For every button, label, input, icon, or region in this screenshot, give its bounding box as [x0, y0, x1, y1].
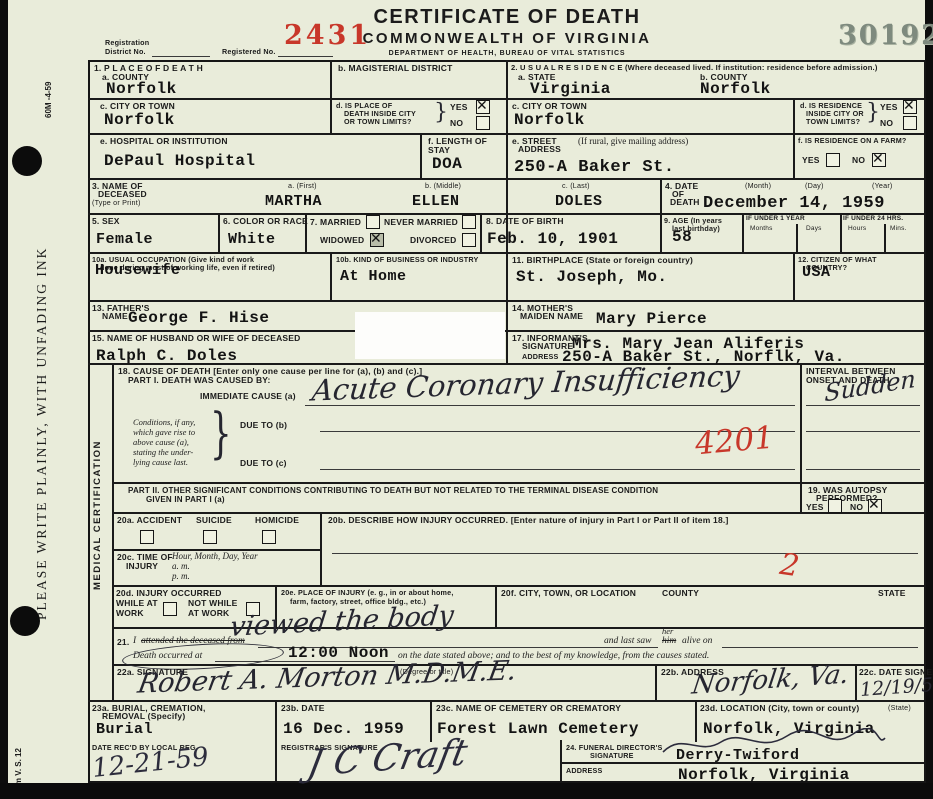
fathers-name-value: George F. Hise: [128, 309, 269, 327]
attended-item-number: 21.: [117, 637, 129, 647]
burial-value: Burial: [96, 721, 153, 738]
residence-limits-no-checkbox: [903, 116, 917, 130]
residence-limits-no-label: NO: [880, 118, 893, 128]
day-label: (Day): [805, 181, 824, 190]
homicide-checkbox: [262, 530, 276, 544]
her-handwriting: her: [662, 626, 673, 636]
time-pm-note: p. m.: [172, 571, 190, 581]
conditions-note3: above cause (a),: [133, 437, 189, 447]
date-of-death-value: December 14, 1959: [703, 194, 885, 213]
him-struck: him: [662, 636, 676, 646]
injury-occurred-label: 20d. INJURY OCCURRED: [116, 588, 222, 598]
registration-district-label: Registration: [105, 38, 149, 47]
informant-address-label: ADDRESS: [522, 352, 559, 361]
citizen-value: USA: [802, 264, 831, 281]
divider: [840, 213, 842, 254]
burial-label2: REMOVAL (Specify): [102, 711, 185, 721]
street-value: 250-A Baker St.: [514, 158, 675, 177]
brace-glyph: }: [434, 100, 448, 125]
if-under-24-hrs-label: IF UNDER 24 HRS.: [843, 215, 903, 222]
occupation-value: Housewife: [95, 262, 181, 279]
if-under-1-year-label: IF UNDER 1 YEAR: [746, 215, 805, 222]
conditions-note5: lying cause last.: [133, 457, 188, 467]
limits-no-label: NO: [450, 118, 463, 128]
injury-county-label: COUNTY: [662, 588, 699, 598]
registered-blank-line: [278, 56, 333, 57]
divider: [218, 213, 220, 254]
residence-title: 2. U S U A L R E S I D E N C E (Where de…: [511, 63, 878, 72]
mothers-name-label2: MAIDEN NAME: [520, 311, 583, 321]
mins-label: Mins.: [890, 225, 907, 232]
farm-no-label: NO: [852, 155, 865, 165]
conditions-note: Conditions, if any,: [133, 417, 195, 427]
date-of-birth-value: Feb. 10, 1901: [487, 230, 618, 248]
attended-pre: I: [133, 636, 136, 646]
due-to-c-label: DUE TO (c): [240, 458, 287, 468]
never-married-label: NEVER MARRIED: [384, 217, 458, 227]
divider: [330, 252, 332, 302]
print-code: 60M -4-59: [44, 48, 53, 118]
part2-text2: GIVEN IN PART I (a): [146, 495, 225, 504]
industry-label: 10b. KIND OF BUSINESS OR INDUSTRY: [336, 255, 479, 264]
suicide-label: SUICIDE: [196, 515, 232, 525]
last-name-value: DOLES: [555, 193, 603, 210]
divider: [480, 213, 482, 254]
registered-number-stamp: 2431: [284, 20, 371, 51]
funeral-director-label2: SIGNATURE: [590, 751, 634, 760]
write-line: [806, 469, 920, 470]
autopsy-no-checkbox: [868, 499, 882, 513]
accident-checkbox: [140, 530, 154, 544]
divider: [112, 585, 924, 587]
registered-no-label: Registered No.: [222, 47, 276, 56]
residence-limits-yes-label: YES: [880, 102, 898, 112]
fathers-name-label2: NAME: [102, 311, 128, 321]
autopsy-yes-checkbox: [828, 499, 842, 513]
while-at-work-label: WHILE AT: [116, 598, 158, 608]
divider: [88, 700, 924, 702]
divider: [793, 252, 795, 302]
sex-label: 5. SEX: [92, 216, 120, 226]
residence-limits-yes-checkbox: [903, 100, 917, 114]
describe-injury-label: 20b. DESCRIBE HOW INJURY OCCURRED. [Ente…: [328, 515, 729, 525]
month-label: (Month): [745, 181, 771, 190]
scan-bottom-edge: [0, 783, 933, 799]
serial-number-stamp: 30192: [838, 20, 933, 51]
limits-yes-label: YES: [450, 102, 468, 112]
age-value: 58: [672, 228, 692, 246]
time-of-injury-note: Hour, Month, Day, Year: [172, 551, 258, 561]
residence-county-value: Norfolk: [700, 80, 771, 98]
industry-value: At Home: [340, 268, 407, 285]
cemetery-label: 23c. NAME OF CEMETERY OR CREMATORY: [436, 703, 621, 713]
magisterial-district-label: b. MAGISTERIAL DISTRICT: [338, 63, 452, 73]
race-label: 6. COLOR OR RACE: [223, 216, 308, 226]
mothers-name-value: Mary Pierce: [596, 310, 707, 328]
street-note: (If rural, give mailing address): [578, 136, 688, 146]
last-name-label: c. (Last): [562, 181, 590, 190]
married-checkbox: [366, 215, 380, 229]
suicide-checkbox: [203, 530, 217, 544]
autopsy-yes-label: YES: [806, 502, 824, 512]
funeral-address-label: ADDRESS: [566, 766, 603, 775]
date-of-death-title3: DEATH: [670, 197, 700, 207]
divider: [275, 700, 277, 781]
hours-label: Hours: [848, 225, 866, 232]
burial-date-value: 16 Dec. 1959: [283, 720, 404, 738]
while-at-work-label2: WORK: [116, 608, 144, 618]
not-while-label: NOT WHILE: [188, 598, 238, 608]
widowed-label: WIDOWED: [320, 235, 364, 245]
part1-label: PART I. DEATH WAS CAUSED BY:: [128, 375, 271, 385]
not-while-label2: AT WORK: [188, 608, 229, 618]
write-line: [722, 647, 918, 648]
redaction-box: [355, 312, 505, 359]
autopsy-no-label: NO: [850, 502, 863, 512]
spouse-label: 15. NAME OF HUSBAND OR WIFE OF DECEASED: [92, 333, 301, 343]
while-at-work-checkbox: [163, 602, 177, 616]
medical-certification-label: MEDICAL CERTIFICATION: [92, 380, 103, 590]
length-of-stay-value: DOA: [432, 155, 462, 173]
residence-city-value: Norfolk: [514, 111, 585, 129]
immediate-cause-label: IMMEDIATE CAUSE (a): [200, 391, 296, 401]
race-value: White: [228, 231, 276, 248]
divider: [884, 224, 886, 254]
farm-yes-checkbox: [826, 153, 840, 167]
residence-city-label: c. CITY OR TOWN: [512, 101, 587, 111]
divider: [495, 585, 497, 629]
write-line: [806, 431, 920, 432]
divider: [660, 178, 662, 254]
divider: [112, 363, 114, 702]
divider: [330, 60, 332, 135]
hospital-label: e. HOSPITAL OR INSTITUTION: [100, 136, 228, 146]
write-line: [320, 469, 795, 470]
birthplace-label: 11. BIRTHPLACE (State or foreign country…: [512, 255, 693, 265]
cause-code-stamp: 4201: [694, 420, 776, 463]
divider: [796, 224, 798, 254]
certificate-title: CERTIFICATE OF DEATH: [88, 6, 926, 29]
limits-no-checkbox: [476, 116, 490, 130]
days-label: Days: [806, 225, 822, 232]
middle-name-label: b. (Middle): [425, 181, 461, 190]
due-to-b-label: DUE TO (b): [240, 420, 287, 430]
time-of-injury-label2: INJURY: [126, 561, 158, 571]
county-value: Norfolk: [106, 80, 177, 98]
accident-label: 20a. ACCIDENT: [117, 515, 182, 525]
death-time-value: 12:00 Noon: [288, 644, 389, 662]
sex-value: Female: [96, 231, 153, 248]
residence-limits-label3: TOWN LIMITS?: [806, 117, 860, 126]
limits-yes-checkbox: [476, 100, 490, 114]
birthplace-value: St. Joseph, Mo.: [516, 268, 668, 286]
divider: [506, 60, 508, 365]
widowed-checkbox: [370, 233, 384, 247]
death-certificate-scan: 60M -4-59 PLEASE WRITE PLAINLY, WITH UNF…: [0, 0, 933, 799]
injury-location-label: 20f. CITY, TOWN, OR LOCATION: [501, 588, 636, 598]
registration-blank-line: [152, 56, 210, 57]
punch-hole: [10, 606, 40, 636]
write-line: [806, 405, 920, 406]
farm-yes-label: YES: [802, 155, 820, 165]
burial-date-label: 23b. DATE: [281, 703, 325, 713]
first-name-value: MARTHA: [265, 193, 322, 210]
divider: [742, 213, 744, 254]
funeral-address-value: Norfolk, Virginia: [678, 766, 850, 784]
divider: [655, 664, 657, 702]
length-of-stay-label2: STAY: [428, 145, 450, 155]
limits-label3: OR TOWN LIMITS?: [344, 117, 412, 126]
divorced-label: DIVORCED: [410, 235, 456, 245]
write-line: [332, 553, 918, 554]
divider: [855, 664, 857, 702]
last-saw-text: and last saw: [604, 636, 652, 646]
commonwealth-subtitle: COMMONWEALTH OF VIRGINIA: [88, 30, 926, 47]
funeral-director-signature-scribble: [655, 728, 890, 760]
conditions-note4: stating the under-: [133, 447, 193, 457]
residence-state-value: Virginia: [530, 80, 611, 98]
cemetery-location-label: 23d. LOCATION (City, town or county): [700, 703, 859, 713]
write-plainly-note: PLEASE WRITE PLAINLY, WITH UNFADING INK: [34, 205, 50, 620]
divider: [320, 512, 322, 587]
conditions-note2: which gave rise to: [133, 427, 195, 437]
city-label: c. CITY OR TOWN: [100, 101, 175, 111]
middle-name-value: ELLEN: [412, 193, 460, 210]
farm-no-checkbox: [872, 153, 886, 167]
part2-text: PART II. OTHER SIGNIFICANT CONDITIONS CO…: [128, 486, 658, 495]
street-label2: ADDRESS: [518, 144, 561, 154]
department-line: DEPARTMENT OF HEALTH, BUREAU OF VITAL ST…: [88, 50, 926, 57]
months-label: Months: [750, 225, 773, 232]
brace-glyph: }: [866, 100, 880, 125]
married-label: 7. MARRIED: [310, 217, 361, 227]
spouse-value: Ralph C. Doles: [96, 347, 237, 365]
place-of-injury-label: 20e. PLACE OF INJURY (e. g., in or about…: [281, 588, 454, 597]
deceased-name-title3: (Type or Print): [92, 198, 141, 207]
cemetery-state-label: (State): [888, 703, 911, 712]
divider: [560, 740, 562, 781]
year-label: (Year): [872, 181, 893, 190]
hospital-value: DePaul Hospital: [104, 152, 256, 170]
first-name-label: a. (First): [288, 181, 317, 190]
homicide-label: HOMICIDE: [255, 515, 299, 525]
injury-state-label: STATE: [878, 588, 906, 598]
divider: [112, 482, 924, 484]
divider: [800, 363, 802, 514]
brace-glyph: }: [210, 402, 232, 466]
never-married-checkbox: [462, 215, 476, 229]
punch-hole: [12, 146, 42, 176]
divider: [793, 98, 795, 180]
farm-label: f. IS RESIDENCE ON A FARM?: [798, 136, 907, 145]
divider: [420, 133, 422, 180]
divorced-checkbox: [462, 233, 476, 247]
time-am-note: a. m.: [172, 561, 190, 571]
registration-district-label2: District No.: [105, 47, 146, 56]
alive-on-text: alive on: [682, 636, 712, 646]
date-of-birth-label: 8. DATE OF BIRTH: [486, 216, 564, 226]
divider: [112, 512, 924, 514]
city-value: Norfolk: [104, 111, 175, 129]
